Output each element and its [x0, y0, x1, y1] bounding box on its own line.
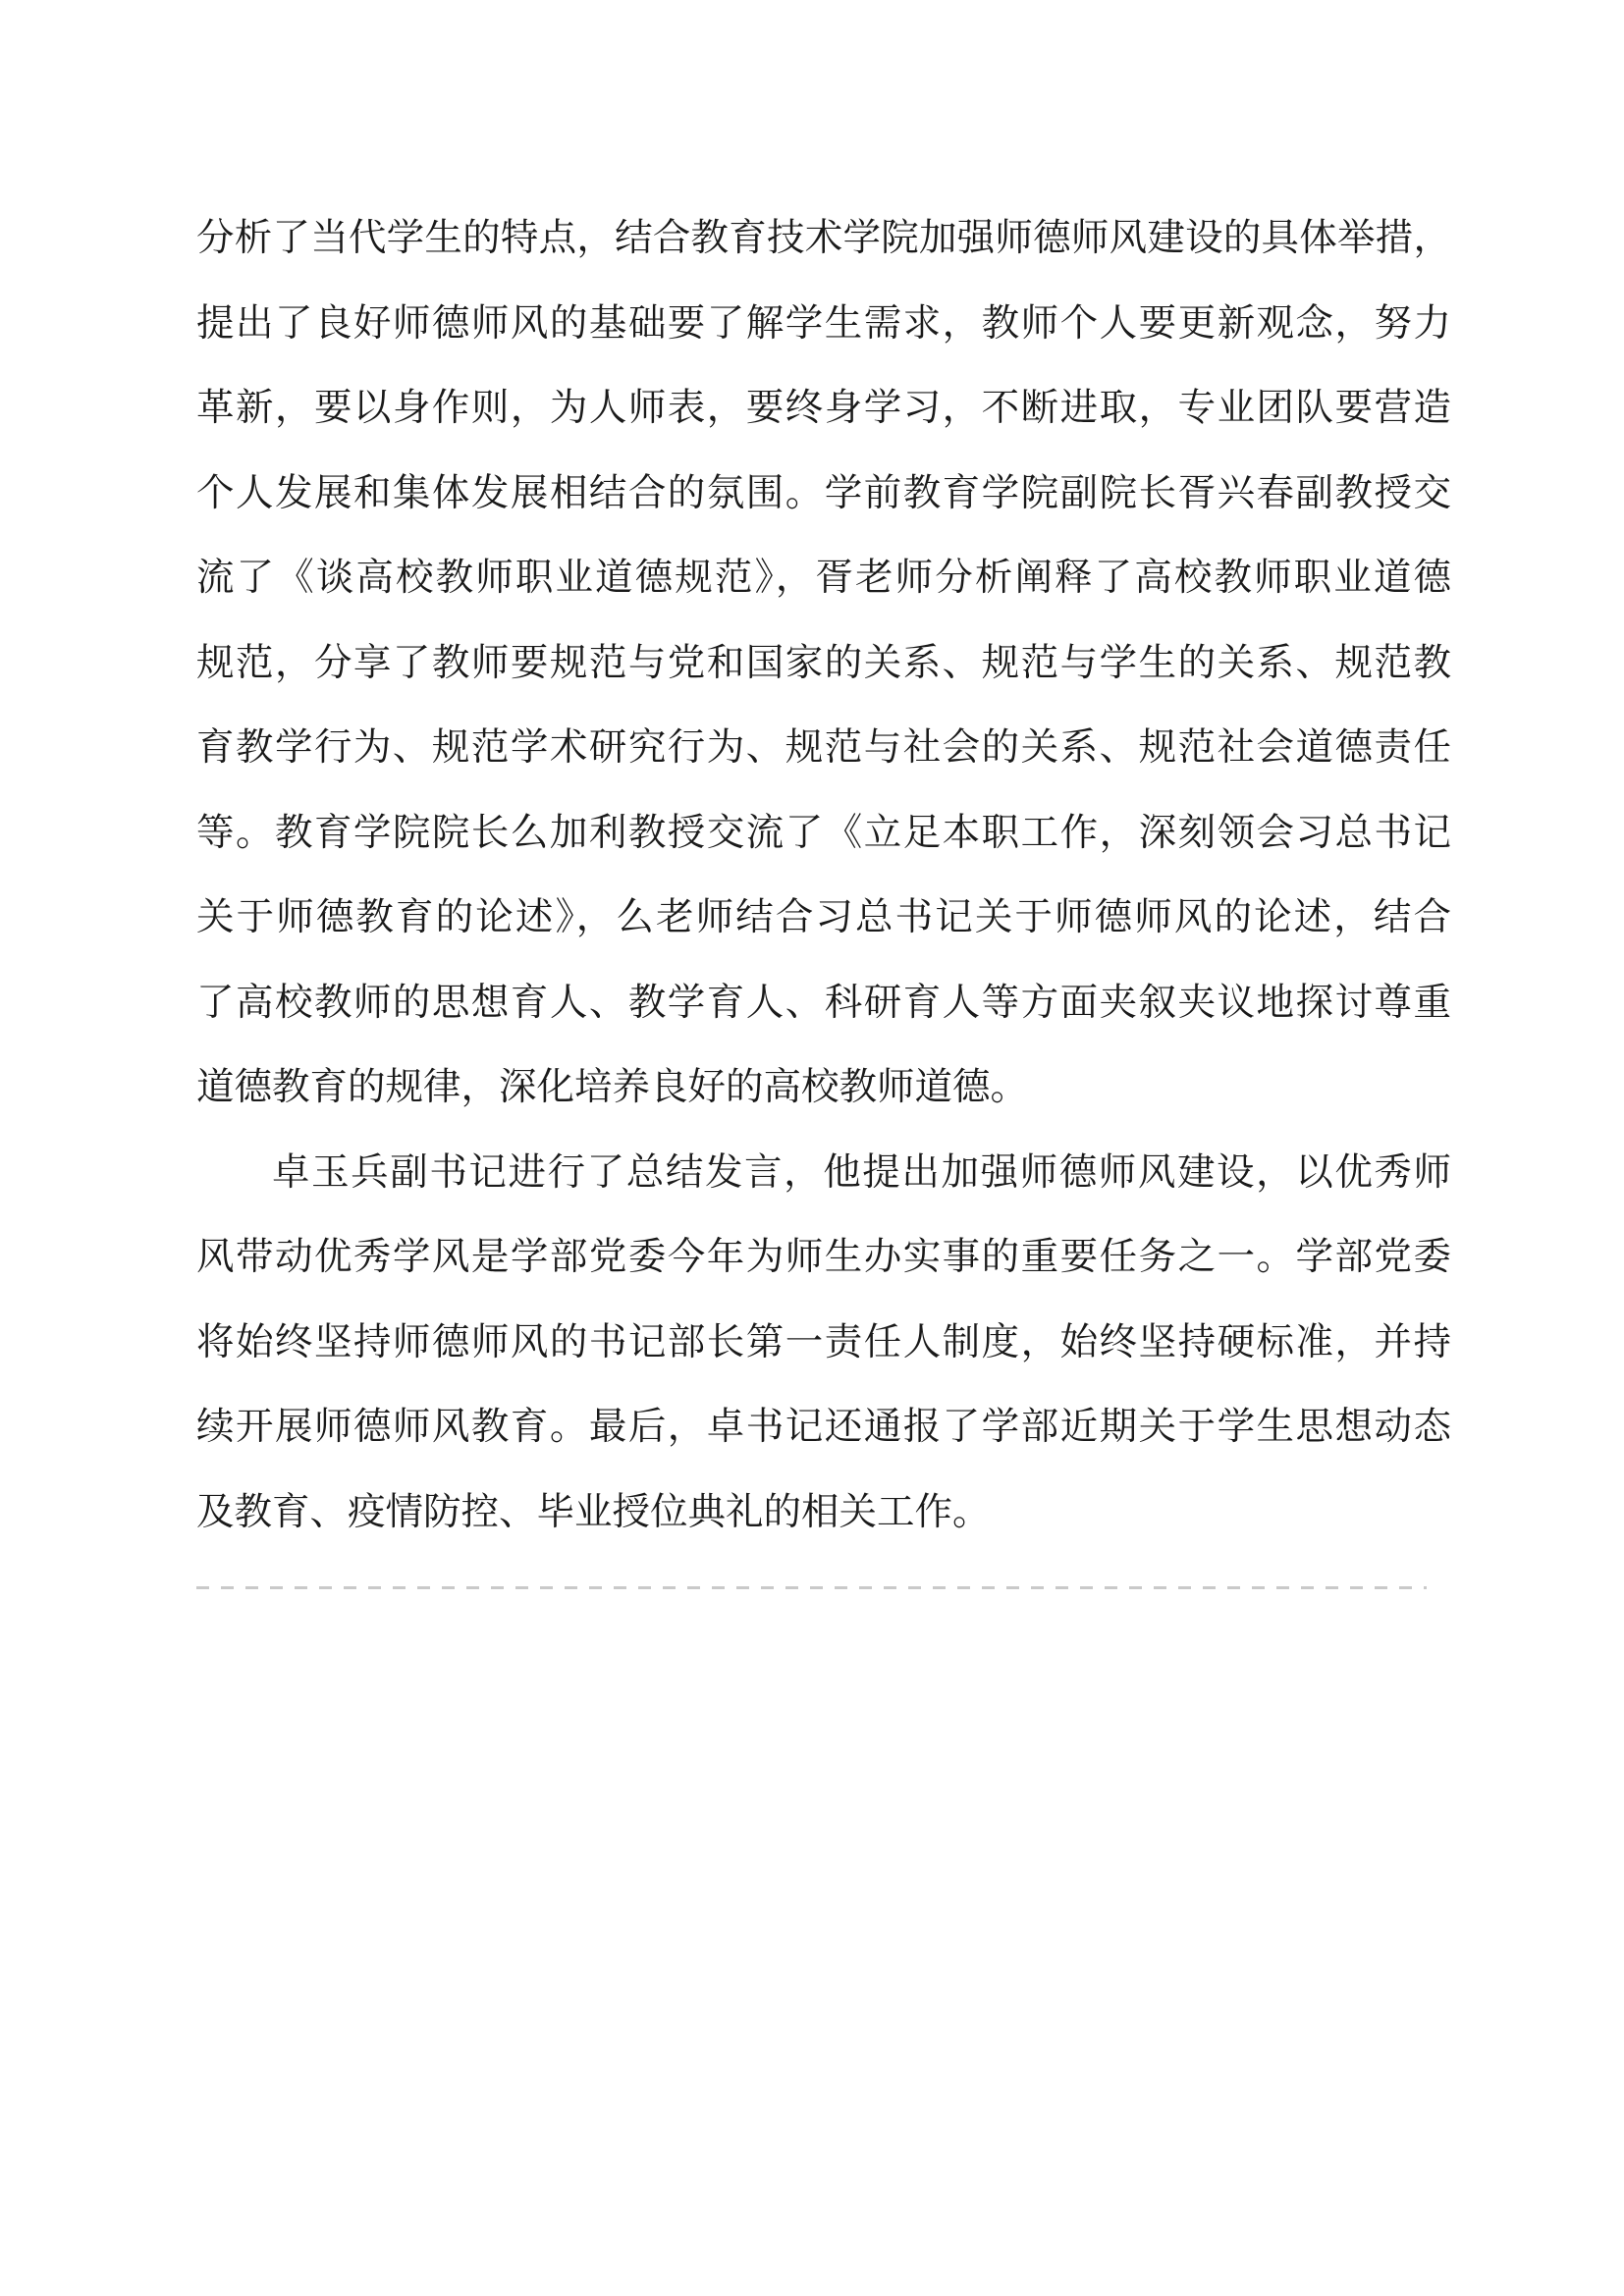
- text-line: 育教学行为、规范学术研究行为、规范与社会的关系、规范社会道德责任: [196, 706, 1451, 791]
- text-line: 道德教育的规律，深化培养良好的高校教师道德。: [196, 1045, 1451, 1131]
- text-line: 了高校教师的思想育人、教学育人、科研育人等方面夹叙夹议地探讨尊重: [196, 961, 1451, 1046]
- text-line: 等。教育学院院长么加利教授交流了《立足本职工作，深刻领会习总书记: [196, 791, 1451, 877]
- dashed-divider: [196, 1586, 1427, 1589]
- text-line: 革新，要以身作则，为人师表，要终身学习，不断进取，专业团队要营造: [196, 366, 1451, 452]
- text-line: 卓玉兵副书记进行了总结发言，他提出加强师德师风建设，以优秀师: [196, 1131, 1451, 1216]
- text-line: 续开展师德师风教育。最后，卓书记还通报了学部近期关于学生思想动态: [196, 1385, 1451, 1470]
- text-line: 风带动优秀学风是学部党委今年为师生办实事的重要任务之一。学部党委: [196, 1215, 1451, 1301]
- text-line: 分析了当代学生的特点，结合教育技术学院加强师德师风建设的具体举措，: [196, 196, 1451, 282]
- text-line: 及教育、疫情防控、毕业授位典礼的相关工作。: [196, 1470, 1451, 1556]
- text-line: 个人发展和集体发展相结合的氛围。学前教育学院副院长胥兴春副教授交: [196, 452, 1451, 537]
- text-line: 将始终坚持师德师风的书记部长第一责任人制度，始终坚持硬标准，并持: [196, 1301, 1451, 1386]
- document-page: 分析了当代学生的特点，结合教育技术学院加强师德师风建设的具体举措， 提出了良好师…: [0, 0, 1624, 2296]
- text-line: 流了《谈高校教师职业道德规范》，胥老师分析阐释了高校教师职业道德: [196, 536, 1451, 621]
- text-line: 规范，分享了教师要规范与党和国家的关系、规范与学生的关系、规范教: [196, 621, 1451, 707]
- text-line: 提出了良好师德师风的基础要了解学生需求，教师个人要更新观念，努力: [196, 282, 1451, 367]
- text-line: 关于师德教育的论述》，么老师结合习总书记关于师德师风的论述，结合: [196, 876, 1451, 961]
- document-text-block: 分析了当代学生的特点，结合教育技术学院加强师德师风建设的具体举措， 提出了良好师…: [196, 196, 1451, 1555]
